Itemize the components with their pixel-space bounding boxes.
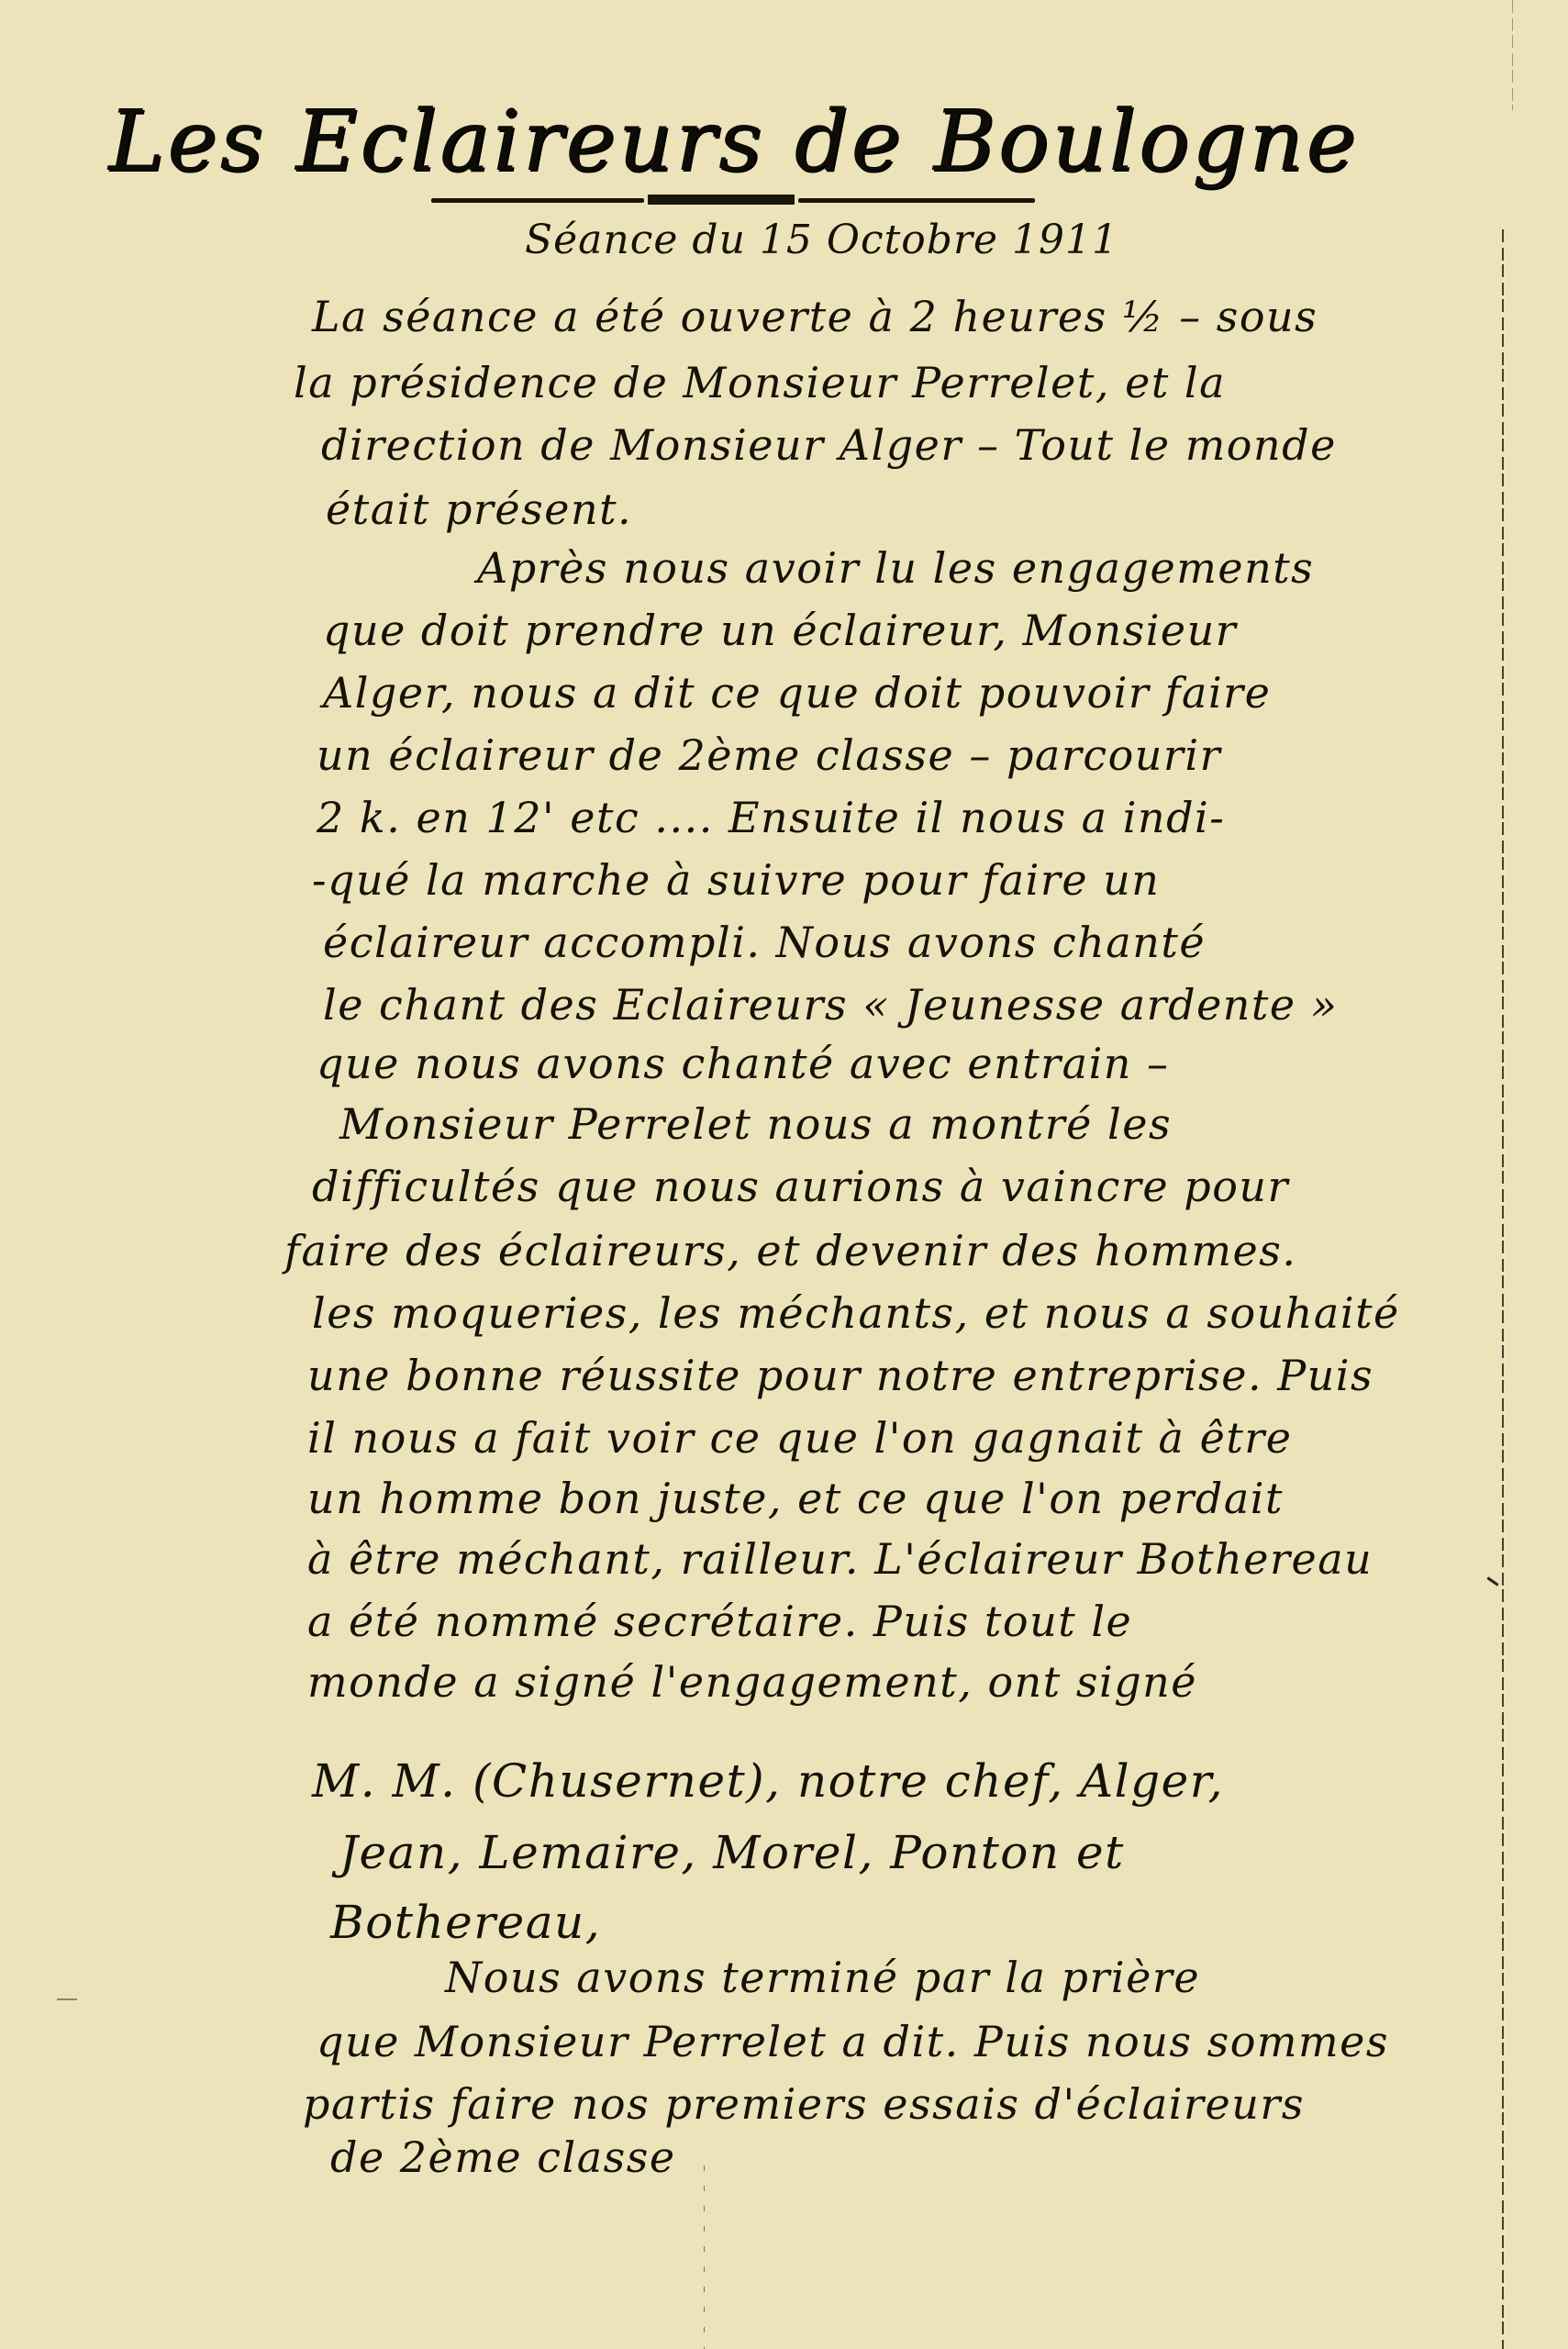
body-line: le chant des Eclaireurs « Jeunesse arden… <box>323 980 1338 1030</box>
body-line: à être méchant, railleur. L'éclaireur Bo… <box>307 1534 1373 1584</box>
rule-right-segment <box>798 198 1035 203</box>
body-line: était présent. <box>326 484 632 534</box>
body-line: il nous a fait voir ce que l'on gagnait … <box>307 1413 1293 1463</box>
stray-ink-mark <box>57 1998 77 2000</box>
title-ornamental-rule <box>431 196 1037 202</box>
body-line: -qué la marche à suivre pour faire un <box>312 855 1160 905</box>
body-line: La séance a été ouverte à 2 heures ½ – s… <box>312 292 1318 341</box>
body-line: direction de Monsieur Alger – Tout le mo… <box>321 420 1337 470</box>
signatories-line: M. M. (Chusernet), notre chef, Alger, <box>312 1754 1224 1808</box>
closing-line: que Monsieur Perrelet a dit. Puis nous s… <box>317 2017 1389 2066</box>
handwritten-minutes-page: Les Eclaireurs de Boulogne Séance du 15 … <box>0 0 1568 2349</box>
body-line: une bonne réussite pour notre entreprise… <box>307 1351 1373 1400</box>
body-line: 2 k. en 12' etc .... Ensuite il nous a i… <box>317 793 1225 842</box>
body-line: un homme bon juste, et ce que l'on perda… <box>307 1474 1284 1523</box>
signatories-line: Jean, Lemaire, Morel, Ponton et <box>339 1826 1125 1879</box>
session-date-heading: Séance du 15 Octobre 1911 <box>525 217 1118 263</box>
body-line: difficultés que nous aurions à vaincre p… <box>312 1162 1289 1211</box>
body-line: Après nous avoir lu les engagements <box>477 543 1314 593</box>
body-line: la présidence de Monsieur Perrelet, et l… <box>294 358 1226 407</box>
rule-left-segment <box>431 198 644 203</box>
body-line: Alger, nous a dit ce que doit pouvoir fa… <box>323 668 1271 718</box>
right-margin-line <box>1502 229 1504 2349</box>
closing-line: de 2ème classe <box>330 2132 676 2182</box>
body-line: un éclaireur de 2ème classe – parcourir <box>317 730 1221 780</box>
closing-line: Nous avons terminé par la prière <box>445 1953 1200 2002</box>
stray-ink-mark <box>1486 1576 1498 1586</box>
closing-line: partis faire nos premiers essais d'éclai… <box>303 2079 1305 2129</box>
body-line: éclaireur accompli. Nous avons chanté <box>323 918 1206 967</box>
top-margin-mark <box>1512 0 1513 110</box>
body-line: que doit prendre un éclaireur, Monsieur <box>323 606 1237 655</box>
body-line: les moqueries, les méchants, et nous a s… <box>312 1288 1400 1338</box>
rule-middle-segment <box>648 195 795 205</box>
body-line: que nous avons chanté avec entrain – <box>317 1039 1170 1088</box>
document-title: Les Eclaireurs de Boulogne <box>108 92 1359 190</box>
body-line: monde a signé l'engagement, ont signé <box>307 1657 1197 1707</box>
body-line: Monsieur Perrelet nous a montré les <box>339 1099 1172 1149</box>
body-line: a été nommé secrétaire. Puis tout le <box>307 1597 1132 1646</box>
body-line: faire des éclaireurs, et devenir des hom… <box>284 1226 1296 1275</box>
fold-line <box>704 2165 705 2349</box>
signatories-line: Bothereau, <box>330 1896 601 1949</box>
